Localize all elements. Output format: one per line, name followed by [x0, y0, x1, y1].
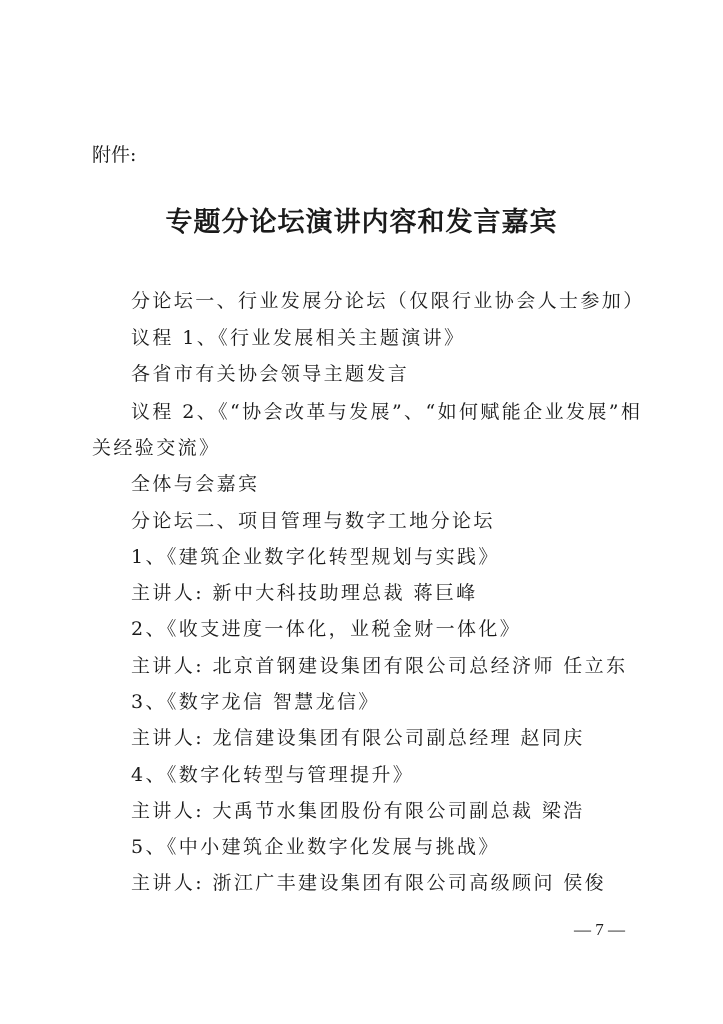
- agenda-item-1-speaker: 各省市有关协会领导主题发言: [131, 359, 409, 386]
- talk-1-title: 1、《建筑企业数字化转型规划与实践》: [131, 542, 500, 569]
- talk-5-speaker: 主讲人: 浙江广丰建设集团有限公司高级顾问 侯俊: [131, 868, 606, 895]
- talk-3-title: 3、《数字龙信 智慧龙信》: [131, 687, 380, 714]
- talk-2-title: 2、《收支进度一体化，业税金财一体化》: [131, 614, 521, 641]
- talk-3-speaker: 主讲人: 龙信建设集团有限公司副总经理 赵同庆: [131, 723, 585, 750]
- page-number: — 7 —: [574, 920, 625, 940]
- agenda-item-2-speaker: 全体与会嘉宾: [131, 469, 259, 496]
- agenda-item-1: 议程 1、《行业发展相关主题演讲》: [131, 323, 465, 350]
- forum-two-heading: 分论坛二、项目管理与数字工地分论坛: [131, 506, 495, 533]
- talk-2-speaker: 主讲人: 北京首钢建设集团有限公司总经济师 任立东: [131, 651, 627, 678]
- attachment-label: 附件:: [92, 140, 136, 167]
- talk-5-title: 5、《中小建筑企业数字化发展与挑战》: [131, 832, 500, 859]
- agenda-item-2: 议程 2、《“协会改革与发展”、“如何赋能企业发展”相: [131, 397, 642, 424]
- forum-one-heading: 分论坛一、行业发展分论坛（仅限行业协会人士参加）: [131, 286, 645, 313]
- document-title: 专题分论坛演讲内容和发言嘉宾: [0, 200, 723, 239]
- talk-4-title: 4、《数字化转型与管理提升》: [131, 760, 414, 787]
- talk-4-speaker: 主讲人: 大禹节水集团股份有限公司副总裁 梁浩: [131, 796, 585, 823]
- agenda-item-2-continued: 关经验交流》: [92, 433, 220, 460]
- talk-1-speaker: 主讲人: 新中大科技助理总裁 蒋巨峰: [131, 578, 478, 605]
